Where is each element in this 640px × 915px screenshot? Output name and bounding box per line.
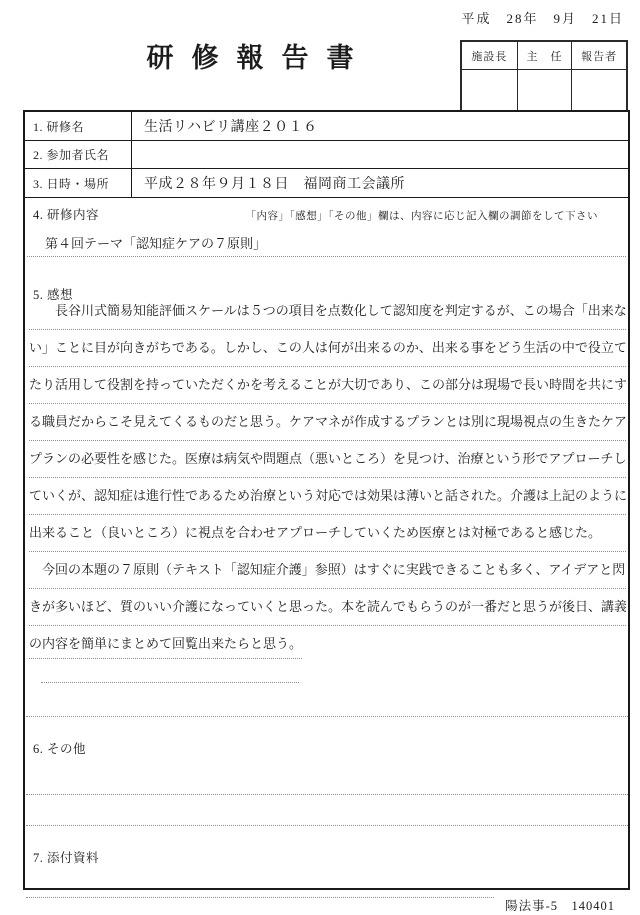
form-row-participants: 2. 参加者氏名 [25,141,628,169]
section4-header: 4. 研修内容 「内容」「感想」「その他」欄は、内容に応じ記入欄の調節をして下さ… [33,205,598,223]
approval-stamp-cell [571,70,626,110]
section4-content-line: 第４回テーマ「認知症ケアの７原則」 [27,236,626,257]
feedback-line: きが多いほど、質のいい介護になっていくと思った。本を読んでもらうのが一番だと思う… [29,589,626,626]
approval-header-chief: 主 任 [517,42,572,70]
section5-feedback-paragraph: 長谷川式簡易知能評価スケールは５つの項目を点数化して認知度を判定するが、この場合… [29,293,626,662]
form-code: 陽法事-5 140401 [505,896,615,914]
feedback-line: たり活用して役割を持っていただくかを考えることが大切であり、この部分は現場で長い… [29,367,626,404]
form-row-date-place: 3. 日時・場所 平成２８年９月１８日 福岡商工会議所 [25,169,628,198]
field-value-participants [132,141,628,168]
approval-stamp-table: 施設長 主 任 報告者 [460,40,628,112]
approval-header-facility-director: 施設長 [462,42,517,70]
feedback-line: る職員だからこそ見えてくるものだと思う。ケアマネが作成するプランとは別に現場視点… [29,404,626,441]
form-row-training-name: 1. 研修名 生活リハビリ講座２０１６ [25,112,628,141]
field-label-date-place: 3. 日時・場所 [25,169,132,197]
page-title: 研修報告書 [70,36,430,75]
field-value-training-name: 生活リハビリ講座２０１６ [132,112,628,140]
section6-label: 6. その他 [33,739,620,757]
feedback-line: い」ことに目が向きがちである。しかし、この人は何が出来るのか、出来る事をどう生活… [29,330,626,367]
report-sections-cell: 4. 研修内容 「内容」「感想」「その他」欄は、内容に応じ記入欄の調節をして下さ… [25,205,628,898]
report-form-table: 1. 研修名 生活リハビリ講座２０１６ 2. 参加者氏名 3. 日時・場所 平成… [23,110,630,890]
report-page: 平成 28年 9月 21日 研修報告書 施設長 主 任 報告者 1. 研修名 生… [0,0,640,915]
feedback-line: 長谷川式簡易知能評価スケールは５つの項目を点数化して認知度を判定するが、この場合… [29,293,626,330]
section4-label: 4. 研修内容 [33,205,99,223]
feedback-line: プランの必要性を感じた。医療は病気や問題点（悪いところ）を見つけ、治療という形で… [29,441,626,478]
approval-header-reporter: 報告者 [571,42,626,70]
field-label-participants: 2. 参加者氏名 [25,141,132,168]
approval-stamp-cell [462,70,517,110]
blank-ruled-line-full [26,794,628,795]
field-value-date-place: 平成２８年９月１８日 福岡商工会議所 [132,169,628,197]
section7-label: 7. 添付資料 [33,848,620,866]
section4-note: 「内容」「感想」「その他」欄は、内容に応じ記入欄の調節をして下さい [246,208,599,223]
feedback-line: 今回の本題の７原則（テキスト「認知症介護」参照）はすぐに実践できることも多く、ア… [29,552,626,589]
field-label-training-name: 1. 研修名 [25,112,132,140]
approval-stamp-cell [517,70,572,110]
blank-ruled-line-full [26,716,628,717]
blank-ruled-line-partial [26,897,494,898]
feedback-line: ていくが、認知症は進行性であるため治療という対応では効果は薄いと話された。介護は… [29,478,626,515]
blank-ruled-line-full [26,825,628,826]
feedback-line: 出来ること（良いところ）に視点を合わせアプローチしていくため医療とは対極であると… [29,515,626,552]
report-date: 平成 28年 9月 21日 [461,8,624,27]
feedback-line: の内容を簡単にまとめて回覧出来たらと思う。 [29,626,626,662]
blank-ruled-line-short [41,682,299,683]
feedback-line-text: の内容を簡単にまとめて回覧出来たらと思う。 [29,635,302,659]
